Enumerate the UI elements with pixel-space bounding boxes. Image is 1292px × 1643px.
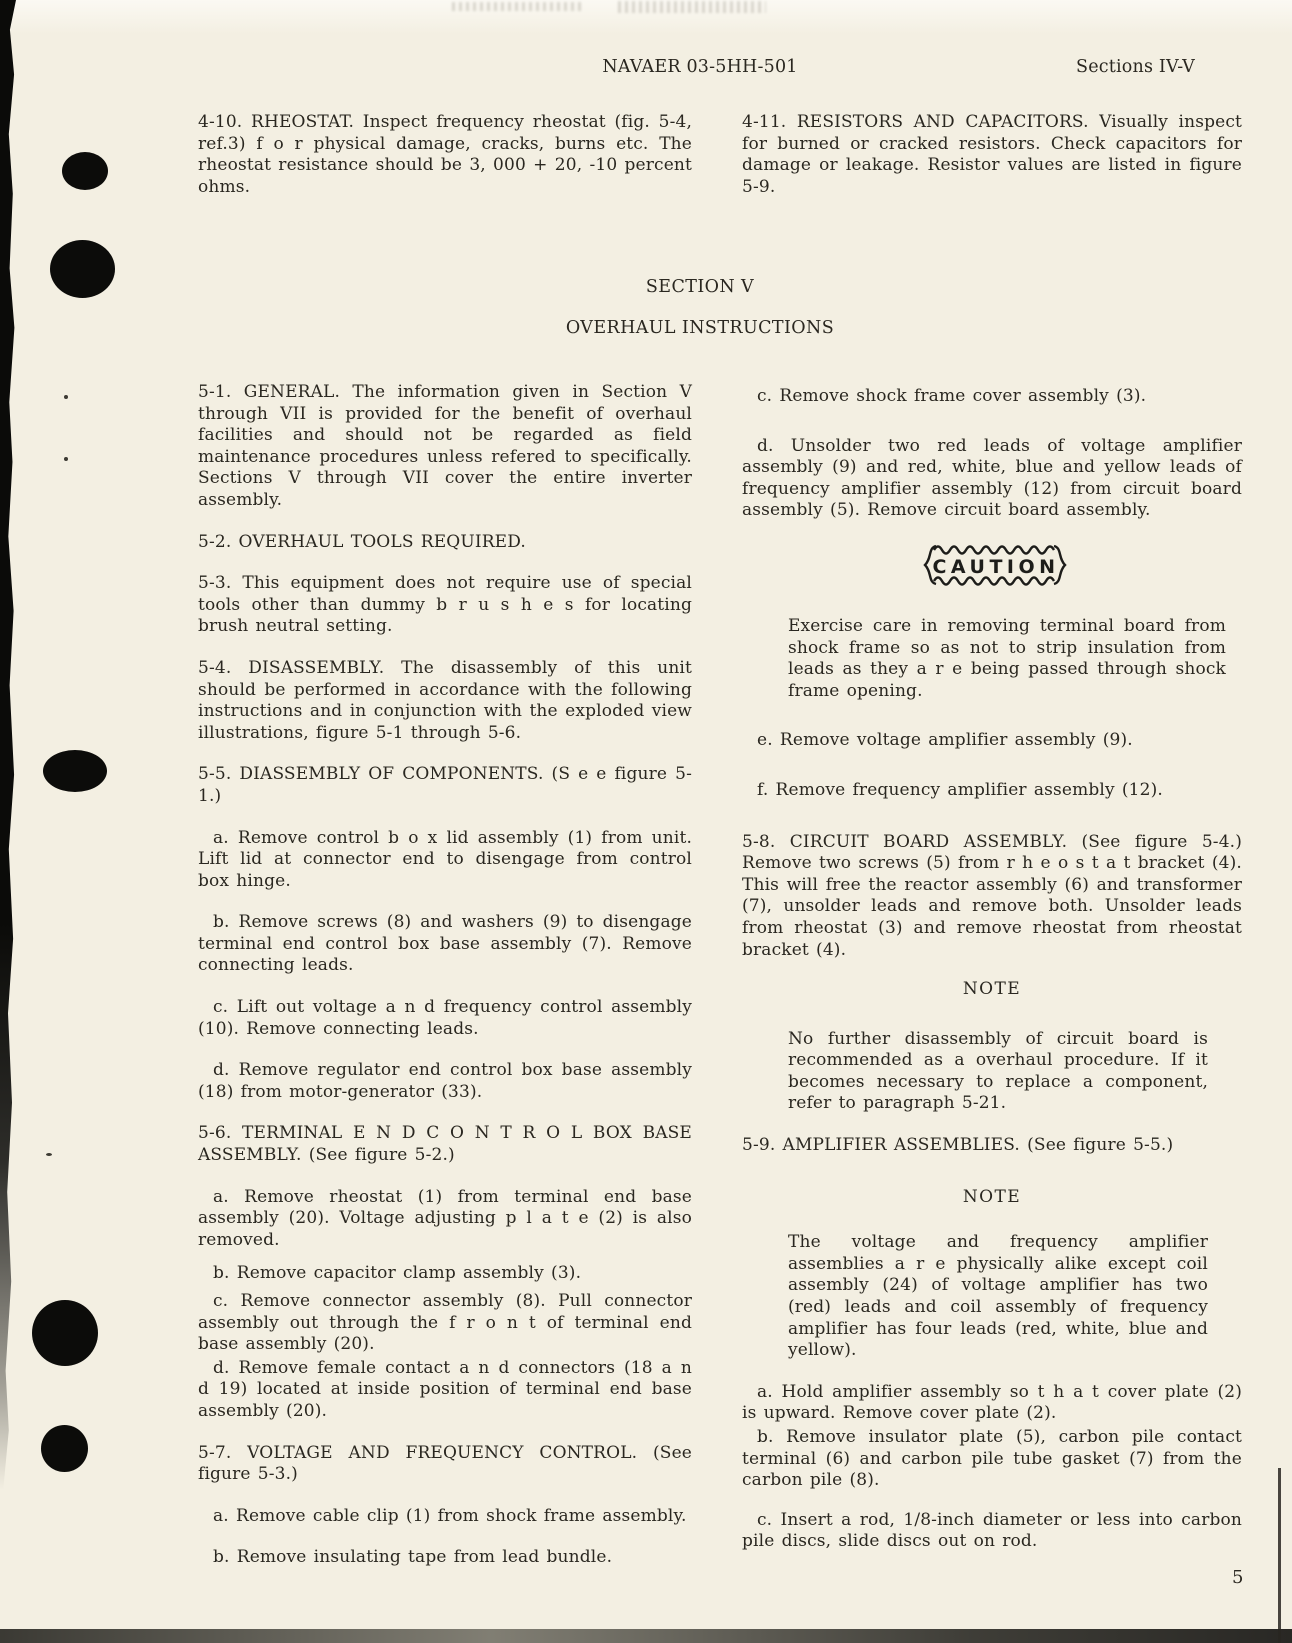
intro-left-column: 4-10. RHEOSTAT. Inspect frequency rheost… xyxy=(198,112,692,218)
paragraph-4-11: 4-11. RESISTORS AND CAPACITORS. Visually… xyxy=(742,112,1242,198)
heading-5-2: 5-2. OVERHAUL TOOLS REQUIRED. xyxy=(198,532,692,554)
scan-speck xyxy=(64,395,68,399)
scan-edge-left xyxy=(0,0,16,1490)
punch-hole-mark xyxy=(41,1425,88,1472)
punch-hole-mark xyxy=(32,1300,98,1366)
caution-text: Exercise care in removing terminal board… xyxy=(742,616,1242,702)
header-sections-label: Sections IV-V xyxy=(1076,57,1195,77)
heading-5-9: 5-9. AMPLIFIER ASSEMBLIES. (See figure 5… xyxy=(742,1135,1242,1157)
paragraph-5-3: 5-3. This equipment does not require use… xyxy=(198,573,692,638)
step-5-9-c: c. Insert a rod, 1/8-inch diameter or le… xyxy=(742,1510,1242,1553)
note-label: NOTE xyxy=(742,979,1242,1001)
step-5-7-f: f. Remove frequency amplifier assembly (… xyxy=(742,780,1242,802)
step-5-7-b: b. Remove insulating tape from lead bund… xyxy=(198,1547,692,1569)
section-title: SECTION V xyxy=(198,277,1202,297)
scan-speck xyxy=(46,1153,52,1156)
step-5-7-a: a. Remove cable clip (1) from shock fram… xyxy=(198,1506,692,1528)
page-number: 5 xyxy=(1232,1567,1244,1588)
step-5-6-c: c. Remove connector assembly (8). Pull c… xyxy=(198,1291,692,1356)
paragraph-5-8: 5-8. CIRCUIT BOARD ASSEMBLY. (See figure… xyxy=(742,832,1242,962)
step-5-5-a: a. Remove control b o x lid assembly (1)… xyxy=(198,828,692,893)
step-5-6-d: d. Remove female contact a n d connector… xyxy=(198,1358,692,1423)
punch-hole-mark xyxy=(50,240,115,298)
punch-hole-mark xyxy=(62,152,108,190)
heading-5-7: 5-7. VOLTAGE AND FREQUENCY CONTROL. (See… xyxy=(198,1443,692,1486)
note-label: NOTE xyxy=(742,1187,1242,1209)
caution-stamp-border: CAUTION xyxy=(920,540,1070,590)
step-5-5-d: d. Remove regulator end control box base… xyxy=(198,1060,692,1103)
step-5-5-c: c. Lift out voltage a n d frequency cont… xyxy=(198,997,692,1040)
paragraph-5-1: 5-1. GENERAL. The information given in S… xyxy=(198,382,692,512)
paragraph-4-10: 4-10. RHEOSTAT. Inspect frequency rheost… xyxy=(198,112,692,198)
step-5-7-d: d. Unsolder two red leads of voltage amp… xyxy=(742,436,1242,522)
heading-5-6: 5-6. TERMINAL E N D C O N T R O L BOX BA… xyxy=(198,1123,692,1166)
scan-edge-bottom xyxy=(0,1629,1292,1643)
right-column: c. Remove shock frame cover assembly (3)… xyxy=(742,368,1242,1573)
intro-right-column: 4-11. RESISTORS AND CAPACITORS. Visually… xyxy=(742,112,1242,218)
paragraph-5-4: 5-4. DISASSEMBLY. The disassembly of thi… xyxy=(198,658,692,744)
step-5-7-e: e. Remove voltage amplifier assembly (9)… xyxy=(742,730,1242,752)
scan-speck xyxy=(64,457,68,461)
punch-hole-mark xyxy=(43,750,107,792)
caution-label: CAUTION xyxy=(932,556,1059,578)
section-subtitle: OVERHAUL INSTRUCTIONS xyxy=(198,318,1202,338)
step-5-6-b: b. Remove capacitor clamp assembly (3). xyxy=(198,1263,692,1285)
step-5-7-c: c. Remove shock frame cover assembly (3)… xyxy=(742,386,1242,408)
step-5-9-b: b. Remove insulator plate (5), carbon pi… xyxy=(742,1427,1242,1492)
scan-edge-right xyxy=(1278,1468,1281,1643)
scan-smudge xyxy=(618,1,766,13)
left-column: 5-1. GENERAL. The information given in S… xyxy=(198,368,692,1589)
step-5-6-a: a. Remove rheostat (1) from terminal end… xyxy=(198,1187,692,1252)
note-text-5-8: No further disassembly of circuit board … xyxy=(742,1029,1242,1115)
section-heading: SECTION V OVERHAUL INSTRUCTIONS xyxy=(198,277,1202,338)
step-5-9-a: a. Hold amplifier assembly so t h a t co… xyxy=(742,1382,1242,1425)
note-text-5-9: The voltage and frequency amplifier asse… xyxy=(742,1232,1242,1362)
doc-number: NAVAER 03-5HH-501 xyxy=(198,57,1202,77)
heading-5-5: 5-5. DIASSEMBLY OF COMPONENTS. (S e e fi… xyxy=(198,764,692,807)
step-5-5-b: b. Remove screws (8) and washers (9) to … xyxy=(198,912,692,977)
caution-stamp: CAUTION xyxy=(920,540,1070,590)
scan-smudge xyxy=(452,2,582,11)
